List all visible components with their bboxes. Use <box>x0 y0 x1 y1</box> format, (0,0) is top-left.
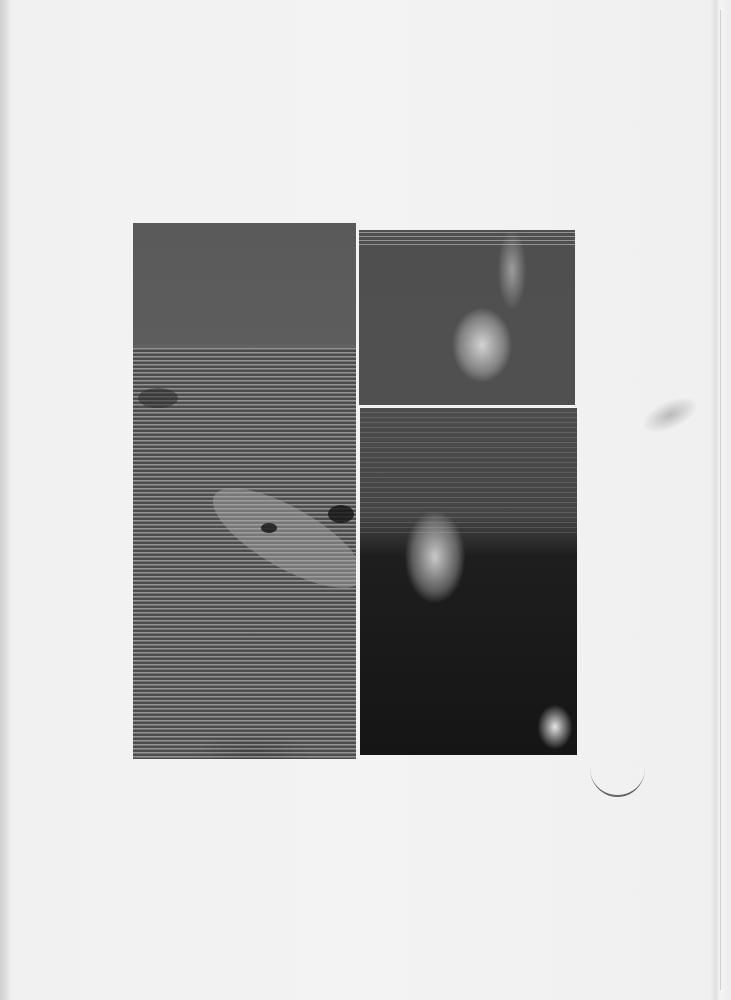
ink-mark <box>590 740 645 797</box>
page-gutter-shadow <box>0 0 10 1000</box>
page-edge <box>720 10 721 990</box>
scanline-texture <box>360 407 577 537</box>
collage-panel-left <box>133 223 359 759</box>
dark-spot <box>328 505 354 523</box>
collage-panel-bottom-right <box>360 407 577 755</box>
panel-divider-horizontal <box>357 405 577 408</box>
scanline-texture <box>357 232 575 248</box>
dark-spot <box>138 388 178 408</box>
printed-page <box>0 0 731 1000</box>
panel-divider-vertical <box>356 223 359 759</box>
smudge-mark <box>634 384 705 446</box>
dark-spot <box>261 523 277 533</box>
collage-panel-top-right <box>357 230 575 407</box>
